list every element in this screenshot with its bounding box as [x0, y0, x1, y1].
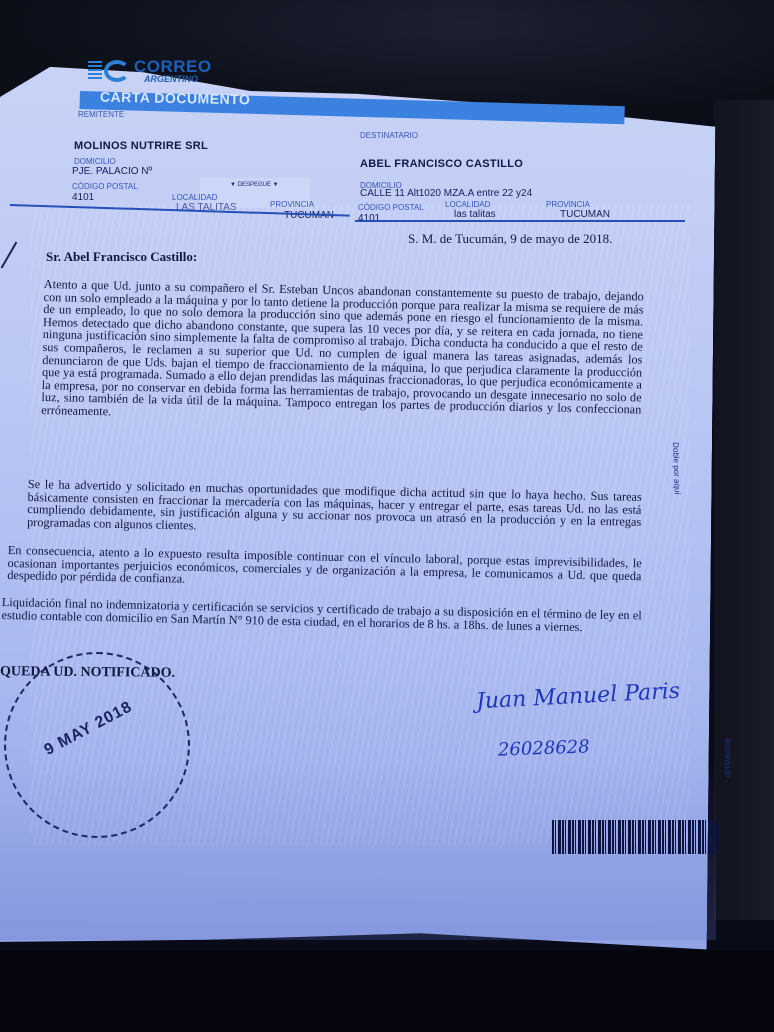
sender-province-label: PROVINCIA — [270, 200, 314, 209]
sender-postal-code-label: CÓDIGO POSTAL — [72, 182, 138, 191]
sender-locality-label: LOCALIDAD — [172, 193, 217, 202]
tear-label: ▼ DESPEGUE ▼ — [230, 182, 279, 188]
logo-stripes-icon — [88, 61, 102, 81]
recipient-section-label: DESTINATARIO — [360, 131, 418, 140]
brand-line1: CORREO — [134, 58, 212, 75]
form-title: CARTA DOCUMENTO — [100, 89, 251, 108]
sender-postal-code: 4101 — [72, 192, 94, 203]
recipient-province-label: PROVINCIA — [546, 200, 590, 209]
recipient-locality-label: LOCALIDAD — [445, 200, 490, 209]
recipient-postal-code: 4101 — [358, 213, 380, 224]
recipient-name: ABEL FRANCISCO CASTILLO — [360, 158, 523, 170]
serial-number: 4010905100 — [723, 738, 730, 777]
logo-text: CORREO ARGENTINO — [134, 58, 212, 84]
sender-section-label: REMITENTE — [78, 110, 124, 119]
paragraph-1: Atento a que Ud. junto a su compañero el… — [41, 278, 644, 429]
recipient-province: TUCUMAN — [560, 209, 610, 220]
brand-line2: ARGENTINO — [144, 75, 212, 84]
sender-address: PJE. PALACIO Nº — [72, 166, 152, 177]
header-divider-right — [355, 220, 685, 222]
recipient-address: CALLE 11 Alt1020 MZA.A entre 22 y24 — [360, 188, 532, 199]
recipient-postal-code-label: CÓDIGO POSTAL — [358, 203, 424, 212]
logo-swirl-icon — [104, 60, 130, 82]
barcode — [552, 820, 720, 854]
background-surface-right — [714, 100, 774, 920]
background-bottom — [0, 950, 774, 1032]
sender-address-label: DOMICILIO — [74, 157, 116, 166]
salutation: Sr. Abel Francisco Castillo: — [46, 250, 197, 263]
fold-here-label: Doble por aquí — [671, 442, 682, 495]
signature-id-number: 26028628 — [498, 736, 590, 760]
correo-argentino-logo: CORREO ARGENTINO — [88, 58, 212, 84]
place-date: S. M. de Tucumán, 9 de mayo de 2018. — [408, 232, 612, 245]
postal-stamp — [4, 652, 190, 838]
sender-name: MOLINOS NUTRIRE SRL — [74, 140, 208, 152]
recipient-locality: las talitas — [454, 209, 496, 220]
